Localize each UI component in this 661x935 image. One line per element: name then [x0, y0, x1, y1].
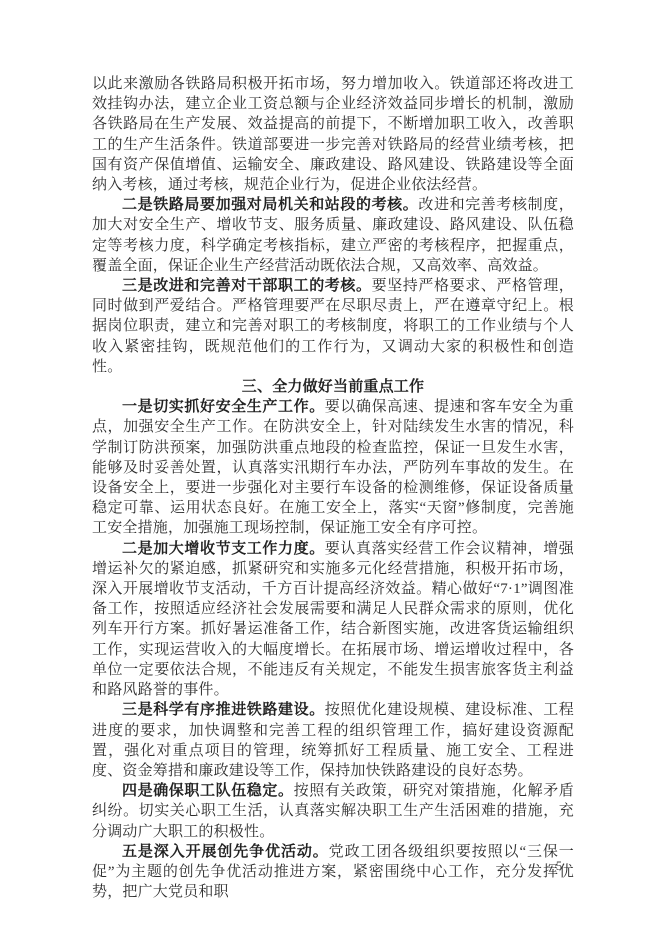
paragraph-lead: 二是加大增收节支工作力度。	[122, 541, 325, 557]
paragraph-lead: 三是改进和完善对干部职工的考核。	[122, 278, 372, 294]
paragraph-item-3: 三是改进和完善对干部职工的考核。要坚持严格要求、严格管理，同时做到严爱结合。严格…	[92, 276, 574, 377]
paragraph-item-4-stability: 四是确保职工队伍稳定。按照有关政策，研究对策措施，化解矛盾纠纷。切实关心职工生活…	[92, 781, 574, 842]
paragraph-text: 要以确保高速、提速和客车安全为重点，加强安全生产工作。在防洪安全上，针对陆续发生…	[92, 399, 574, 536]
paragraph-lead: 五是深入开展创先争优活动。	[122, 844, 329, 860]
paragraph-item-1-safety: 一是切实抓好安全生产工作。要以确保高速、提速和客车安全为重点，加强安全生产工作。…	[92, 397, 574, 538]
paragraph-lead: 三是科学有序推进铁路建设。	[122, 702, 325, 718]
paragraph-lead: 二是铁路局要加强对局机关和站段的考核。	[122, 197, 418, 213]
paragraph-item-3-construction: 三是科学有序推进铁路建设。按照优化建设规模、建设标准、工程进度的要求，加快调整和…	[92, 700, 574, 781]
paragraph-text: 以此来激励各铁路局积极开拓市场，努力增加收入。铁道部还将改进工效挂钩办法，建立企…	[92, 76, 574, 193]
paragraph-lead: 一是切实抓好安全生产工作。	[122, 399, 325, 415]
section-heading: 三、全力做好当前重点工作	[92, 377, 574, 397]
document-body: 以此来激励各铁路局积极开拓市场，努力增加收入。铁道部还将改进工效挂钩办法，建立企…	[92, 74, 574, 902]
document-page: 以此来激励各铁路局积极开拓市场，努力增加收入。铁道部还将改进工效挂钩办法，建立企…	[0, 0, 661, 935]
paragraph-item-2: 二是铁路局要加强对局机关和站段的考核。改进和完善考核制度，加大对安全生产、增收节…	[92, 195, 574, 276]
paragraph-item-5-activities: 五是深入开展创先争优活动。党政工团各级组织要按照以“三保一促”为主题的创先争优活…	[92, 842, 574, 903]
paragraph-text: 要认真落实经营工作会议精神，增强增运补欠的紧迫感，抓紧研究和实施多元化经营措施，…	[92, 541, 574, 698]
paragraph-item-2-revenue: 二是加大增收节支工作力度。要认真落实经营工作会议精神，增强增运补欠的紧迫感，抓紧…	[92, 539, 574, 701]
paragraph-continuation: 以此来激励各铁路局积极开拓市场，努力增加收入。铁道部还将改进工效挂钩办法，建立企…	[92, 74, 574, 195]
paragraph-lead: 四是确保职工队伍稳定。	[122, 783, 294, 799]
page-number: 5	[549, 859, 569, 874]
